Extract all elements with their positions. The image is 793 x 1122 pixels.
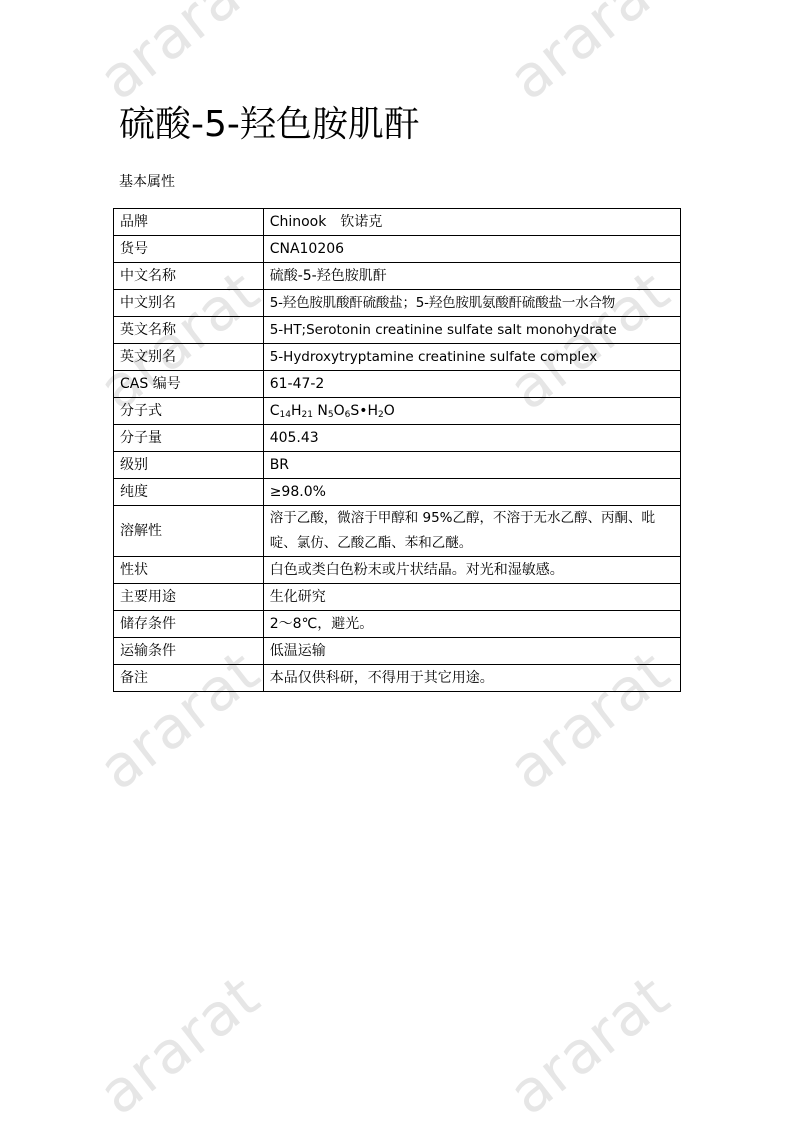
property-value: 5-HT;Serotonin creatinine sulfate salt m…: [263, 317, 680, 344]
table-row: CAS 编号 61-47-2: [114, 371, 681, 398]
table-row: 分子量 405.43: [114, 425, 681, 452]
properties-table: 品牌 Chinook 钦诺克 货号 CNA10206 中文名称 硫酸-5-羟色胺…: [113, 208, 681, 692]
section-heading: 基本属性: [119, 172, 175, 192]
property-value: 5-Hydroxytryptamine creatinine sulfate c…: [263, 344, 680, 371]
table-row: 货号 CNA10206: [114, 236, 681, 263]
property-key: 运输条件: [114, 638, 264, 665]
table-row: 英文名称 5-HT;Serotonin creatinine sulfate s…: [114, 317, 681, 344]
watermark: ararat: [86, 962, 272, 1122]
table-row: 级别 BR: [114, 452, 681, 479]
table-row: 中文名称 硫酸-5-羟色胺肌酐: [114, 263, 681, 290]
property-value: CNA10206: [263, 236, 680, 263]
property-key: 英文别名: [114, 344, 264, 371]
property-value: BR: [263, 452, 680, 479]
page-title: 硫酸-5-羟色胺肌酐: [119, 103, 420, 147]
table-row: 备注 本品仅供科研，不得用于其它用途。: [114, 665, 681, 692]
watermark: ararat: [496, 0, 682, 113]
property-key: 主要用途: [114, 584, 264, 611]
property-key: 英文名称: [114, 317, 264, 344]
property-key: 储存条件: [114, 611, 264, 638]
property-key: 纯度: [114, 479, 264, 506]
table-row: 英文别名 5-Hydroxytryptamine creatinine sulf…: [114, 344, 681, 371]
property-key: 中文别名: [114, 290, 264, 317]
table-row: 性状 白色或类白色粉末或片状结晶。对光和湿敏感。: [114, 557, 681, 584]
property-value: 本品仅供科研，不得用于其它用途。: [263, 665, 680, 692]
property-value: 白色或类白色粉末或片状结晶。对光和湿敏感。: [263, 557, 680, 584]
table-row: 中文别名 5-羟色胺肌酸酐硫酸盐；5-羟色胺肌氨酸酐硫酸盐一水合物: [114, 290, 681, 317]
property-value: 5-羟色胺肌酸酐硫酸盐；5-羟色胺肌氨酸酐硫酸盐一水合物: [263, 290, 680, 317]
property-value: 61-47-2: [263, 371, 680, 398]
property-key: 中文名称: [114, 263, 264, 290]
property-key: 级别: [114, 452, 264, 479]
table-row: 溶解性 溶于乙酸，微溶于甲醇和 95%乙醇，不溶于无水乙醇、丙酮、吡啶、氯仿、乙…: [114, 506, 681, 557]
table-row: 纯度 ≥98.0%: [114, 479, 681, 506]
property-value: ≥98.0%: [263, 479, 680, 506]
property-key: 备注: [114, 665, 264, 692]
property-value: 生化研究: [263, 584, 680, 611]
property-value: 405.43: [263, 425, 680, 452]
table-row: 品牌 Chinook 钦诺克: [114, 209, 681, 236]
property-value: Chinook 钦诺克: [263, 209, 680, 236]
property-key: CAS 编号: [114, 371, 264, 398]
table-row: 主要用途 生化研究: [114, 584, 681, 611]
property-key: 性状: [114, 557, 264, 584]
table-row: 分子式 C14H21 N5O6S•H2O: [114, 398, 681, 425]
property-value: 低温运输: [263, 638, 680, 665]
property-value: 溶于乙酸，微溶于甲醇和 95%乙醇，不溶于无水乙醇、丙酮、吡啶、氯仿、乙酸乙酯、…: [263, 506, 680, 557]
property-key: 溶解性: [114, 506, 264, 557]
property-key: 分子量: [114, 425, 264, 452]
property-key: 品牌: [114, 209, 264, 236]
property-key: 分子式: [114, 398, 264, 425]
watermark: ararat: [496, 962, 682, 1122]
table-row: 运输条件 低温运输: [114, 638, 681, 665]
property-key: 货号: [114, 236, 264, 263]
property-value: 硫酸-5-羟色胺肌酐: [263, 263, 680, 290]
watermark: ararat: [86, 0, 272, 113]
property-value: 2～8℃，避光。: [263, 611, 680, 638]
table-row: 储存条件 2～8℃，避光。: [114, 611, 681, 638]
molecular-formula: C14H21 N5O6S•H2O: [263, 398, 680, 425]
